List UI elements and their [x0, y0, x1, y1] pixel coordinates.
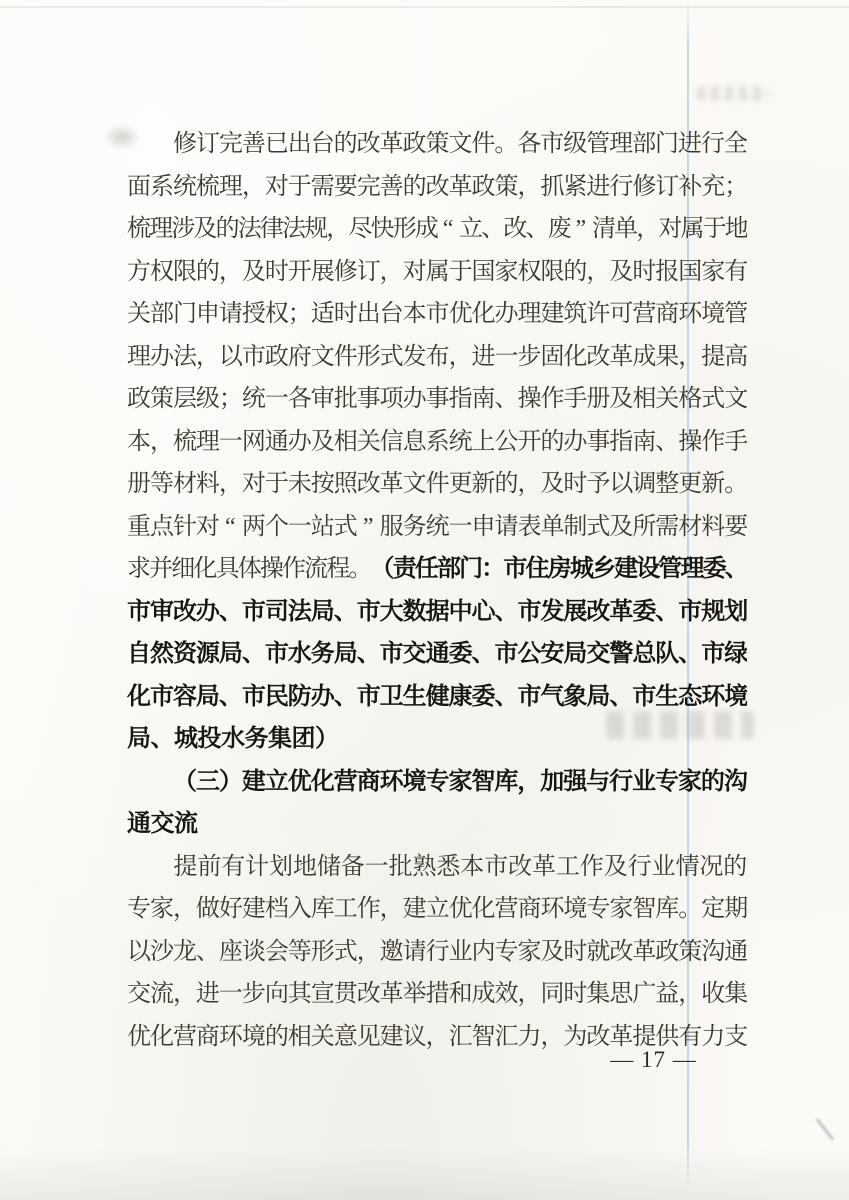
text-line: 交流，进一步向其宣贯改革举措和成效，同时集思广益，收集 [127, 973, 747, 1016]
text-line: 梳理涉及的法律法规，尽快形成“立、改、废”清单，对属于地 [127, 208, 747, 251]
text-line: 专家，做好建档入库工作，建立优化营商环境专家智库。定期 [127, 888, 747, 931]
text-line: 理办法，以市政府文件形式发布，进一步固化改革成果，提高 [127, 336, 747, 379]
text-line: （三）建立优化营商环境专家智库，加强与行业专家的沟 [127, 761, 747, 804]
text-line: 本，梳理一网通办及相关信息系统上公开的办事指南、操作手 [127, 421, 747, 464]
text-line: 修订完善已出台的改革政策文件。各市级管理部门进行全 [127, 123, 747, 166]
indent-spacer [127, 781, 173, 782]
text-block: 修订完善已出台的改革政策文件。各市级管理部门进行全面系统梳理，对于需要完善的改革… [127, 123, 747, 1058]
scan-mark-diagonal [816, 1118, 834, 1140]
scan-bottom-shadow [0, 1148, 849, 1200]
text-line: 求并细化具体操作流程。（责任部门：市住房城乡建设管理委、 [127, 548, 747, 591]
text-line: 提前有计划地储备一批熟悉本市改革工作及行业情况的 [127, 846, 747, 889]
text-line: 政策层级；统一各审批事项办事指南、操作手册及相关格式文 [127, 378, 747, 421]
text-line: 方权限的，及时开展修订，对属于国家权限的，及时报国家有 [127, 251, 747, 294]
text-line: 局、城投水务集团） [127, 718, 747, 761]
text-line: 面系统梳理，对于需要完善的改革政策，抓紧进行修订补充； [127, 166, 747, 209]
text-line: 重点针对“两个一站式”服务统一申请表单制式及所需材料要 [127, 506, 747, 549]
page-number: — 17 — [596, 1047, 711, 1073]
text-line: 册等材料，对于未按照改革文件更新的，及时予以调整更新。 [127, 463, 747, 506]
text-line: 自然资源局、市水务局、市交通委、市公安局交警总队、市绿 [127, 633, 747, 676]
text-line: 以沙龙、座谈会等形式，邀请行业内专家及时就改革政策沟通 [127, 931, 747, 974]
indent-spacer [127, 144, 173, 145]
text-line: 关部门申请授权；适时出台本市优化办理建筑许可营商环境管 [127, 293, 747, 336]
text-line: 市审改办、市司法局、市大数据中心、市发展改革委、市规划 [127, 591, 747, 634]
text-line: 通交流 [127, 803, 747, 846]
scan-top-edge-line [0, 6, 849, 8]
indent-spacer [127, 866, 173, 867]
scanned-document-page: 修订完善已出台的改革政策文件。各市级管理部门进行全面系统梳理，对于需要完善的改革… [0, 0, 849, 1200]
text-line: 化市容局、市民防办、市卫生健康委、市气象局、市生态环境 [127, 676, 747, 719]
scan-bleed-smudge-top [697, 86, 769, 101]
